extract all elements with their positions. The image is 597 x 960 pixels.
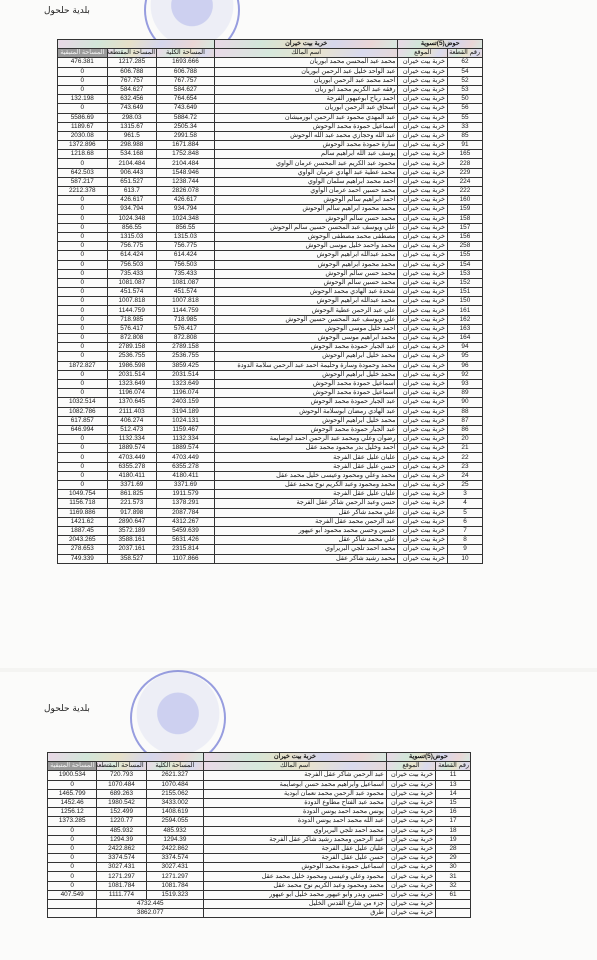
- total-area: 584.627: [157, 85, 215, 94]
- remaining-area: 1372.896: [58, 141, 108, 150]
- remaining-area: 0: [58, 297, 108, 306]
- total-area: 5459.639: [157, 526, 215, 535]
- owner-name: اسماعيل حمودة محمد الوحوش: [214, 122, 398, 131]
- total-area: 2826.078: [157, 187, 215, 196]
- header-blank: [48, 753, 204, 762]
- cut-area: 221.573: [107, 499, 157, 508]
- cut-area: 3374.574: [97, 854, 146, 863]
- plot-number: 19: [436, 835, 471, 844]
- table-row: 17خربة بيت خيرانعبد الله محمد احمد يونس …: [48, 817, 471, 826]
- remaining-area: 1452.46: [48, 798, 97, 807]
- remaining-area: 0: [58, 242, 108, 251]
- remaining-area: 646.994: [58, 425, 108, 434]
- plot-number: 88: [447, 407, 482, 416]
- cut-area: 906.443: [107, 168, 157, 177]
- location: خربة بيت خيران: [398, 104, 448, 113]
- cut-area: 961.5: [107, 131, 157, 140]
- location: خربة بيت خيران: [398, 95, 448, 104]
- remaining-area: 0: [58, 352, 108, 361]
- total-area: 451.574: [157, 288, 215, 297]
- total-area: 1378.291: [157, 499, 215, 508]
- total-area: 1519.323: [146, 890, 203, 899]
- cut-area: 2789.158: [107, 343, 157, 352]
- location: خربة بيت خيران: [398, 435, 448, 444]
- total-area: 606.788: [157, 67, 215, 76]
- total-area: 2505.34: [157, 122, 215, 131]
- area-title: خربة بيت خيران: [214, 40, 398, 49]
- col-owner: اسم المالك: [214, 49, 398, 58]
- owner-name: عبد الجبار حمودة محمد الوحوش: [214, 398, 398, 407]
- table-row: 22خربة بيت خيرانعليان عليل عقل الفرجة470…: [58, 453, 483, 462]
- col-plot-no: رقم القطعة: [447, 49, 482, 58]
- table-row: 52خربة بيت خيراناحمد محمد عبد الرحمن ابو…: [58, 76, 483, 85]
- location: خربة بيت خيران: [398, 205, 448, 214]
- remaining-area: 0: [58, 223, 108, 232]
- remaining-area: 1900.534: [48, 771, 97, 780]
- cut-area: 1271.297: [97, 872, 146, 881]
- total-area: 2315.814: [157, 545, 215, 554]
- location: خربة بيت خيران: [398, 306, 448, 315]
- total-area: 1070.484: [146, 780, 203, 789]
- total-area: 3859.425: [157, 361, 215, 370]
- remaining-area: 0: [58, 471, 108, 480]
- location: خربة بيت خيران: [398, 407, 448, 416]
- table-row: 228خربة بيت خيرانمحمود عبد الكريم عبد ال…: [58, 159, 483, 168]
- cut-area: 1132.334: [107, 435, 157, 444]
- cut-area: 2536.755: [107, 352, 157, 361]
- location: خربة بيت خيران: [398, 168, 448, 177]
- remaining-area: 132.198: [58, 95, 108, 104]
- cut-area: 1111.774: [97, 890, 146, 899]
- location: خربة بيت خيران: [398, 58, 448, 67]
- location: خربة بيت خيران: [398, 315, 448, 324]
- remaining-area: 0: [58, 343, 108, 352]
- location: خربة بيت خيران: [386, 900, 435, 909]
- plot-number: 55: [447, 113, 482, 122]
- total-area: 2031.514: [157, 370, 215, 379]
- table-row: 151خربة بيت خيرانشحدة عبد الهادي محمد ال…: [58, 288, 483, 297]
- total-area: 1752.848: [157, 150, 215, 159]
- location: خربة بيت خيران: [398, 223, 448, 232]
- table-row: 13خربة بيت خيراناسماعيل وابراهيم محمد حس…: [48, 780, 471, 789]
- cut-area: 1196.074: [107, 389, 157, 398]
- table-row: 19خربة بيت خيرانعبد الرحمن ومحمد رشيد شا…: [48, 835, 471, 844]
- cut-area: 534.168: [107, 150, 157, 159]
- table-row: 61خربة بيت خيرانحسين وبدر وابو عيهور محم…: [48, 890, 471, 899]
- location: خربة بيت خيران: [386, 835, 435, 844]
- location: خربة بيت خيران: [386, 890, 435, 899]
- location: خربة بيت خيران: [398, 526, 448, 535]
- table-row: 161خربة بيت خيرانعلي عبد الرحمن عطية الو…: [58, 306, 483, 315]
- table-row: خربة بيت خيرانجزء من شارع القدس الخليل47…: [48, 900, 471, 909]
- col-cut-area: المساحة المقتطعة: [107, 49, 157, 58]
- plot-number: 25: [447, 481, 482, 490]
- plot-number: 24: [447, 471, 482, 480]
- owner-name: احمد محمد عبد الرحمن ابوريان: [214, 76, 398, 85]
- table-row: 30خربة بيت خيراناسماعيل حمودة محمد الوحو…: [48, 863, 471, 872]
- cut-area: 426.617: [107, 196, 157, 205]
- plot-number: 161: [447, 306, 482, 315]
- plot-number: 165: [447, 150, 482, 159]
- plot-number: 28: [436, 844, 471, 853]
- remaining-area: 1032.514: [58, 398, 108, 407]
- location: خربة بيت خيران: [398, 242, 448, 251]
- location: خربة بيت خيران: [398, 278, 448, 287]
- plot-number: 163: [447, 324, 482, 333]
- cut-area: 718.985: [107, 315, 157, 324]
- table-row: 18خربة بيت خيرانمحمد احمد تلجي البريراوي…: [48, 826, 471, 835]
- table-row: 95خربة بيت خيرانمحمد خليل ابراهيم الوحوش…: [58, 352, 483, 361]
- total-area: 614.424: [157, 251, 215, 260]
- cut-area: 1889.574: [107, 444, 157, 453]
- table-row: 21خربة بيت خيراناحمد وخليل بدر محمود محم…: [58, 444, 483, 453]
- location: خربة بيت خيران: [398, 122, 448, 131]
- plot-number: 21: [447, 444, 482, 453]
- remaining-area: 0: [48, 854, 97, 863]
- location: خربة بيت خيران: [398, 343, 448, 352]
- location: خربة بيت خيران: [398, 214, 448, 223]
- owner-name: عليان عليل عقل الفرجة: [214, 453, 398, 462]
- location: خربة بيت خيران: [398, 141, 448, 150]
- plot-number: 151: [447, 288, 482, 297]
- table-row: 90خربة بيت خيرانعبد الجبار حمودة محمد ال…: [58, 398, 483, 407]
- total-area: 5884.72: [157, 113, 215, 122]
- total-area: 1196.074: [157, 389, 215, 398]
- cut-area: 1986.598: [107, 361, 157, 370]
- plot-number: 31: [436, 872, 471, 881]
- remaining-area: 0: [58, 67, 108, 76]
- owner-name: علي ويوسف عبد المحسن حسين الوحوش: [214, 315, 398, 324]
- cut-area: 1007.818: [107, 297, 157, 306]
- total-area: 934.794: [157, 205, 215, 214]
- total-area: 2789.158: [157, 343, 215, 352]
- table-row: 92خربة بيت خيرانمحمد خليل ابراهيم الوحوش…: [58, 370, 483, 379]
- cut-area: 606.788: [107, 67, 157, 76]
- owner-name: محمود عبد الرحمن محمد نعمان ابودية: [204, 789, 387, 798]
- plot-number: 89: [447, 389, 482, 398]
- plot-number: 96: [447, 361, 482, 370]
- owner-name: عبد الرحمن ومحمد رشيد شاكر عقل الفرجة: [204, 835, 387, 844]
- owner-name: محمد وحمودة وسارة وحليمة احمد عبد الرحمن…: [214, 361, 398, 370]
- remaining-area: 0: [58, 435, 108, 444]
- table-row: 6خربة بيت خيرانعبد الرحمن محمد عقل الفرج…: [58, 517, 483, 526]
- remaining-area: 1421.62: [58, 517, 108, 526]
- remaining-area: 1189.67: [58, 122, 108, 131]
- owner-name: محمود وعلي وعيسى ومحمود خليل محمد عقل: [204, 872, 387, 881]
- owner-name: محمود عبد الكريم عبد المحسن عرمان الواوي: [214, 159, 398, 168]
- remaining-area: 1218.68: [58, 150, 108, 159]
- cut-area: 756.775: [107, 242, 157, 251]
- col-remaining-area: المساحة المتبقية: [48, 762, 97, 771]
- owner-name: طرق: [204, 909, 387, 918]
- total-area: 5631.426: [157, 536, 215, 545]
- plot-number: 153: [447, 269, 482, 278]
- location: خربة بيت خيران: [386, 854, 435, 863]
- remaining-area: 587.217: [58, 177, 108, 186]
- remaining-area: 0: [58, 288, 108, 297]
- table-row: 163خربة بيت خيراناحمد خليل موسى الوحوش57…: [58, 324, 483, 333]
- plot-number: 162: [447, 315, 482, 324]
- cut-area: 1220.77: [97, 817, 146, 826]
- cut-area: 298.03: [107, 113, 157, 122]
- plot-number: 93: [447, 379, 482, 388]
- location: خربة بيت خيران: [398, 150, 448, 159]
- total-area: 1081.087: [157, 278, 215, 287]
- cut-area: 632.456: [107, 95, 157, 104]
- owner-name: محمد احمد تلجي البريراوي: [214, 545, 398, 554]
- table-row: 86خربة بيت خيرانعبد الجبار حمودة محمد ال…: [58, 425, 483, 434]
- remaining-area: 0: [58, 278, 108, 287]
- cut-area: 1024.348: [107, 214, 157, 223]
- owner-name: محمد محمود ابراهيم الوحوش: [214, 260, 398, 269]
- owner-name: محمد حسن سالم الوحوش: [214, 214, 398, 223]
- location: خربة بيت خيران: [398, 508, 448, 517]
- municipality-label: بلدية حلحول: [44, 704, 90, 714]
- owner-name: عبد الله محمد احمد يونس الدودة: [204, 817, 387, 826]
- remaining-area: 617.857: [58, 416, 108, 425]
- owner-name: سارة حمودة محمد الوحوش: [214, 141, 398, 150]
- location: خربة بيت خيران: [398, 517, 448, 526]
- owner-name: اسماعيل حمودة محمد الوحوش: [204, 863, 387, 872]
- owner-name: يوسف عبد الله ابراهيم سالم: [214, 150, 398, 159]
- owner-name: احمد وخليل بدر محمود محمد عقل: [214, 444, 398, 453]
- table-row: 3خربة بيت خيرانعليان عليل عقل الفرجة1911…: [58, 490, 483, 499]
- owner-name: عليان عليل عقل الفرجة: [204, 844, 387, 853]
- table-row: 55خربة بيت خيرانعبد المهدي محمود عبد الر…: [58, 113, 483, 122]
- plot-number: 159: [447, 205, 482, 214]
- plot-number: 152: [447, 278, 482, 287]
- remaining-area: 0: [48, 826, 97, 835]
- table-row: 229خربة بيت خيرانمحمد عطية عبد الهادي عر…: [58, 168, 483, 177]
- owner-name: عبد الله وحجازي محمد عبد الله الوحوش: [214, 131, 398, 140]
- total-area: 3027.431: [146, 863, 203, 872]
- location: خربة بيت خيران: [398, 361, 448, 370]
- municipality-label: بلدية حلحول: [44, 6, 90, 16]
- remaining-area: 0: [58, 379, 108, 388]
- owner-name: محمد وعلي ومحمود وعيسى خليل محمد عقل: [214, 471, 398, 480]
- total-area: 2422.862: [146, 844, 203, 853]
- owner-name: يونس محمد احمد يونس الدودة: [204, 808, 387, 817]
- plot-number: 29: [436, 854, 471, 863]
- total-area: 3433.002: [146, 798, 203, 807]
- owner-name: عليان عليل عقل الفرجة: [214, 490, 398, 499]
- location: خربة بيت خيران: [398, 462, 448, 471]
- remaining-area: 0: [48, 863, 97, 872]
- plot-number: 18: [436, 826, 471, 835]
- location: خربة بيت خيران: [398, 131, 448, 140]
- location: خربة بيت خيران: [398, 177, 448, 186]
- owner-name: حسن وعبد الرحمن شاكر عقل الفرجة: [214, 499, 398, 508]
- owner-name: احمد محمد ابراهيم سلمان الواوي: [214, 177, 398, 186]
- col-total-area: المساحة الكلية: [157, 49, 215, 58]
- cut-area: 934.794: [107, 205, 157, 214]
- cut-area: 1323.649: [107, 379, 157, 388]
- remaining-area: 0: [58, 481, 108, 490]
- total-area: 1548.946: [157, 168, 215, 177]
- table-row: 50خربة بيت خيراناحمد رباح ابوعيهور الفرج…: [58, 95, 483, 104]
- total-area: 756.775: [157, 242, 215, 251]
- cut-area: 512.473: [107, 425, 157, 434]
- plot-number: 9: [447, 545, 482, 554]
- owner-name: محمد عطية عبد الهادي عرمان الواوي: [214, 168, 398, 177]
- total-area: 4312.267: [157, 517, 215, 526]
- remaining-area: 476.381: [58, 58, 108, 67]
- plot-number: 61: [436, 890, 471, 899]
- table-row: 159خربة بيت خيرانمحمد محمود ابراهيم سالم…: [58, 205, 483, 214]
- col-location: الموقع: [386, 762, 435, 771]
- location: خربة بيت خيران: [398, 416, 448, 425]
- remaining-area: 1049.754: [58, 490, 108, 499]
- table-row: 14خربة بيت خيرانمحمود عبد الرحمن محمد نع…: [48, 789, 471, 798]
- land-parcels-table-page-1: حوض(5)تسوية خربة بيت خيران رقم القطعة ال…: [57, 39, 483, 564]
- remaining-area: 278.653: [58, 545, 108, 554]
- remaining-area: 0: [58, 306, 108, 315]
- location: خربة بيت خيران: [398, 471, 448, 480]
- owner-name: اسحاق عبد الرحمن ابوريان: [214, 104, 398, 113]
- table-row: 165خربة بيت خيرانيوسف عبد الله ابراهيم س…: [58, 150, 483, 159]
- location: خربة بيت خيران: [398, 554, 448, 563]
- location: خربة بيت خيران: [398, 232, 448, 241]
- location: خربة بيت خيران: [398, 67, 448, 76]
- plot-number: 156: [447, 232, 482, 241]
- remaining-area: 2212.378: [58, 187, 108, 196]
- cut-area: 485.932: [97, 826, 146, 835]
- plot-number: [436, 909, 471, 918]
- location: خربة بيت خيران: [398, 545, 448, 554]
- plot-number: 164: [447, 334, 482, 343]
- total-area: 1238.744: [157, 177, 215, 186]
- total-area: 485.932: [146, 826, 203, 835]
- owner-name: احمد خليل موسى الوحوش: [214, 324, 398, 333]
- remaining-area: 1169.886: [58, 508, 108, 517]
- table-row: 157خربة بيت خيرانعلي ويوسف عبد المحسن حس…: [58, 223, 483, 232]
- cut-area: 720.793: [97, 771, 146, 780]
- location: خربة بيت خيران: [398, 490, 448, 499]
- cut-area: 872.808: [107, 334, 157, 343]
- location: خربة بيت خيران: [398, 425, 448, 434]
- col-location: الموقع: [398, 49, 448, 58]
- cut-area: 1217.285: [107, 58, 157, 67]
- plot-number: 54: [447, 67, 482, 76]
- owner-name: محمد حسن سالم الوحوش: [214, 269, 398, 278]
- remaining-area: 0: [58, 159, 108, 168]
- plot-number: 222: [447, 187, 482, 196]
- total-area: 2087.784: [157, 508, 215, 517]
- col-remaining-area: المساحة المتبقية: [58, 49, 108, 58]
- owner-name: محمد خليل ابراهيم الوحوش: [214, 370, 398, 379]
- table-row: 96خربة بيت خيرانمحمد وحمودة وسارة وحليمة…: [58, 361, 483, 370]
- table-row: 222خربة بيت خيرانمحمد حسين احمد عرمان ال…: [58, 187, 483, 196]
- table-row: 20خربة بيت خيرانرضوان وعلي ومحمد عبد الر…: [58, 435, 483, 444]
- table-row: 29خربة بيت خيرانحسن عليل عقل الفرجة3374.…: [48, 854, 471, 863]
- location: خربة بيت خيران: [386, 789, 435, 798]
- owner-name: رفقه عبد الكريم محمد ابو ريان: [214, 85, 398, 94]
- remaining-area: 1465.799: [48, 789, 97, 798]
- total-area: 2536.755: [157, 352, 215, 361]
- remaining-area: 2030.08: [58, 131, 108, 140]
- location: خربة بيت خيران: [386, 780, 435, 789]
- location: خربة بيت خيران: [386, 798, 435, 807]
- cut-area: 614.424: [107, 251, 157, 260]
- plot-number: 87: [447, 416, 482, 425]
- plot-number: 56: [447, 104, 482, 113]
- total-area: 756.503: [157, 260, 215, 269]
- owner-name: عبد الرحمن شاكر عقل الفرجة: [204, 771, 387, 780]
- table-row: خربة بيت خيرانطرق3862.077: [48, 909, 471, 918]
- total-area: 1315.03: [157, 232, 215, 241]
- plot-number: 53: [447, 85, 482, 94]
- owner-name: محمد احمد تلجي البريراوي: [204, 826, 387, 835]
- remaining-area: 0: [48, 872, 97, 881]
- table-row: 16خربة بيت خيرانيونس محمد احمد يونس الدو…: [48, 808, 471, 817]
- plot-number: 85: [447, 131, 482, 140]
- total-area: 1408.619: [146, 808, 203, 817]
- total-area: 735.433: [157, 269, 215, 278]
- total-area: 872.808: [157, 334, 215, 343]
- total-area: 1007.818: [157, 297, 215, 306]
- cut-area: 358.527: [107, 554, 157, 563]
- table-row: 28خربة بيت خيرانعليان عليل عقل الفرجة242…: [48, 844, 471, 853]
- location: خربة بيت خيران: [398, 196, 448, 205]
- cut-area: 406.274: [107, 416, 157, 425]
- plot-number: 30: [436, 863, 471, 872]
- location: خربة بيت خيران: [398, 76, 448, 85]
- remaining-area: 1256.12: [48, 808, 97, 817]
- plot-number: 95: [447, 352, 482, 361]
- owner-name: عبد الجبار حمودة محمد الوحوش: [214, 343, 398, 352]
- cut-area: 2422.862: [97, 844, 146, 853]
- plot-number: 6: [447, 517, 482, 526]
- cut-area: 651.527: [107, 177, 157, 186]
- table-row: 15خربة بيت خيرانمحمد عبد الفتاح مطاوع ال…: [48, 798, 471, 807]
- remaining-area: 2043.265: [58, 536, 108, 545]
- location: خربة بيت خيران: [398, 379, 448, 388]
- merged-area: 3862.077: [97, 909, 204, 918]
- cut-area: 584.627: [107, 85, 157, 94]
- remaining-area: 0: [58, 334, 108, 343]
- table-row: 4خربة بيت خيرانحسن وعبد الرحمن شاكر عقل …: [58, 499, 483, 508]
- total-area: 2594.055: [146, 817, 203, 826]
- cut-area: 735.433: [107, 269, 157, 278]
- total-area: 1911.579: [157, 490, 215, 499]
- table-row: 158خربة بيت خيرانمحمد حسن سالم الوحوش102…: [58, 214, 483, 223]
- location: خربة بيت خيران: [398, 481, 448, 490]
- table-row: 224خربة بيت خيراناحمد محمد ابراهيم سلمان…: [58, 177, 483, 186]
- cut-area: 298.988: [107, 141, 157, 150]
- plot-number: 157: [447, 223, 482, 232]
- plot-number: 90: [447, 398, 482, 407]
- cut-area: 689.263: [97, 789, 146, 798]
- location: خربة بيت خيران: [386, 844, 435, 853]
- cut-area: 767.757: [107, 76, 157, 85]
- remaining-area: 0: [48, 780, 97, 789]
- table-row: 155خربة بيت خيرانمحمد عبدالله ابراهيم ال…: [58, 251, 483, 260]
- owner-name: محمد عبد المحسن محمد ابوريان: [214, 58, 398, 67]
- plot-number: 15: [436, 798, 471, 807]
- total-area: 2991.58: [157, 131, 215, 140]
- cut-area: 861.825: [107, 490, 157, 499]
- location: خربة بيت خيران: [386, 771, 435, 780]
- table-row: 10خربة بيت خيرانمحمد رشيد شاكر عقل1107.8…: [58, 554, 483, 563]
- owner-name: محمد خليل ابراهيم الوحوش: [214, 416, 398, 425]
- land-parcels-table-page-2: حوض(5)تسوية خربة بيت خيران رقم القطعة ال…: [47, 752, 471, 918]
- owner-name: جزء من شارع القدس الخليل: [204, 900, 387, 909]
- owner-name: عبد الهادي رمضان ابوسلامة الوحوش: [214, 407, 398, 416]
- cut-area: 1070.484: [97, 780, 146, 789]
- table-row: 91خربة بيت خيرانسارة حمودة محمد الوحوش16…: [58, 141, 483, 150]
- cut-area: 576.417: [107, 324, 157, 333]
- table-row: 5خربة بيت خيرانعلي محمد شاكر عقل2087.784…: [58, 508, 483, 517]
